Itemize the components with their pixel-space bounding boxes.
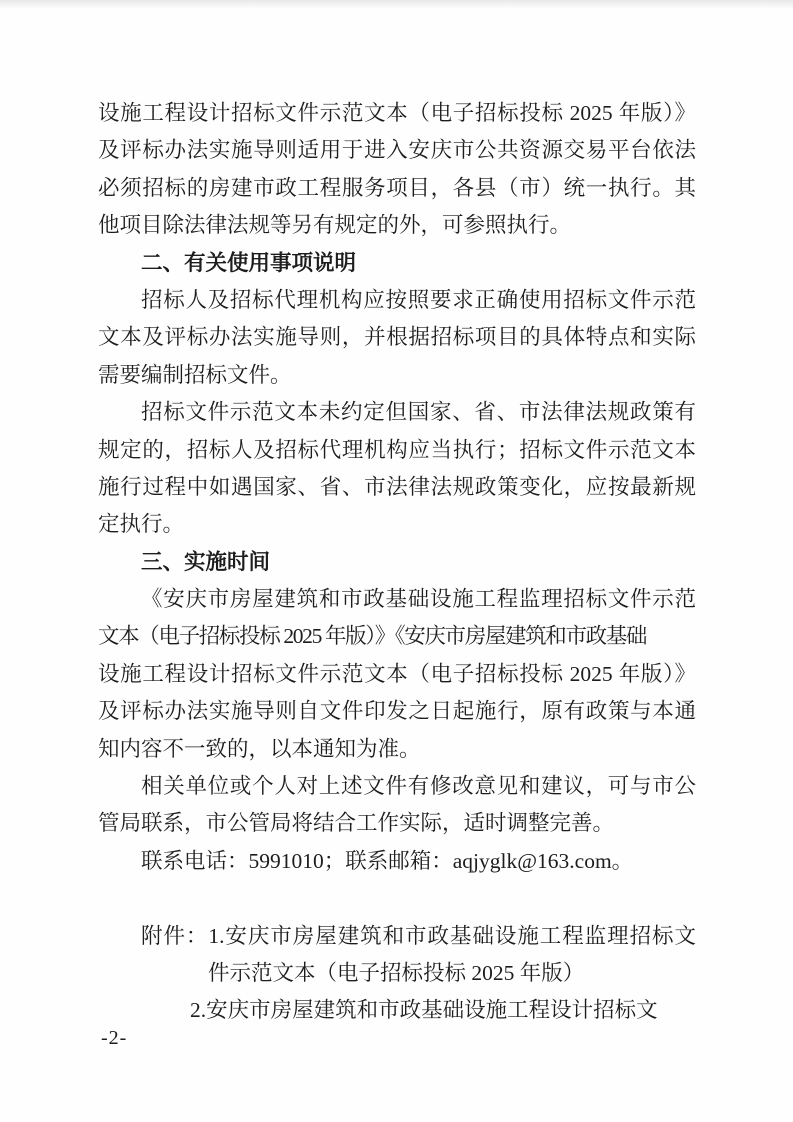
body-line: 定执行。 (98, 506, 696, 543)
body-line: 招标文件示范文本未约定但国家、省、市法律法规政策有 (98, 394, 696, 431)
body-line: 《安庆市房屋建筑和市政基础设施工程监理招标文件示范 (98, 581, 696, 618)
body-line: 管局联系，市公管局将结合工作实际，适时调整完善。 (98, 805, 696, 842)
document-page: 设施工程设计招标文件示范文本（电子招标投标 2025 年版）》 及评标办法实施导… (0, 0, 793, 1122)
attachment-line: 2.安庆市房屋建筑和市政基础设施工程设计招标文 (98, 992, 696, 1029)
body-line: 文本（电子招标投标 2025 年版）》《安庆市房屋建筑和市政基础 (98, 618, 696, 655)
section-heading-2: 二、有关使用事项说明 (98, 245, 696, 282)
contact-line: 联系电话：5991010；联系邮箱：aqjyglk@163.com。 (98, 843, 696, 880)
body-line: 施行过程中如遇国家、省、市法律法规政策变化，应按最新规 (98, 469, 696, 506)
body-line: 及评标办法实施导则适用于进入安庆市公共资源交易平台依法 (98, 132, 696, 169)
page-number: -2- (101, 1026, 127, 1050)
body-line: 必须招标的房建市政工程服务项目，各县（市）统一执行。其 (98, 170, 696, 207)
body-line: 需要编制招标文件。 (98, 357, 696, 394)
body-line: 知内容不一致的，以本通知为准。 (98, 731, 696, 768)
body-line: 规定的，招标人及招标代理机构应当执行；招标文件示范文本 (98, 432, 696, 469)
attachment-line: 附件：1.安庆市房屋建筑和市政基础设施工程监理招标文 (98, 918, 696, 955)
scan-artifact-top (0, 0, 793, 9)
body-line: 设施工程设计招标文件示范文本（电子招标投标 2025 年版）》 (98, 95, 696, 132)
attachment-line: 件示范文本（电子招标投标 2025 年版） (98, 955, 696, 992)
body-line: 文本及评标办法实施导则，并根据招标项目的具体特点和实际 (98, 319, 696, 356)
body-line: 及评标办法实施导则自文件印发之日起施行，原有政策与本通 (98, 693, 696, 730)
body-line: 设施工程设计招标文件示范文本（电子招标投标 2025 年版）》 (98, 656, 696, 693)
section-heading-3: 三、实施时间 (98, 544, 696, 581)
body-line: 招标人及招标代理机构应按照要求正确使用招标文件示范 (98, 282, 696, 319)
body-line: 相关单位或个人对上述文件有修改意见和建议，可与市公 (98, 768, 696, 805)
document-body: 设施工程设计招标文件示范文本（电子招标投标 2025 年版）》 及评标办法实施导… (98, 95, 696, 1030)
body-line: 他项目除法律法规等另有规定的外，可参照执行。 (98, 207, 696, 244)
